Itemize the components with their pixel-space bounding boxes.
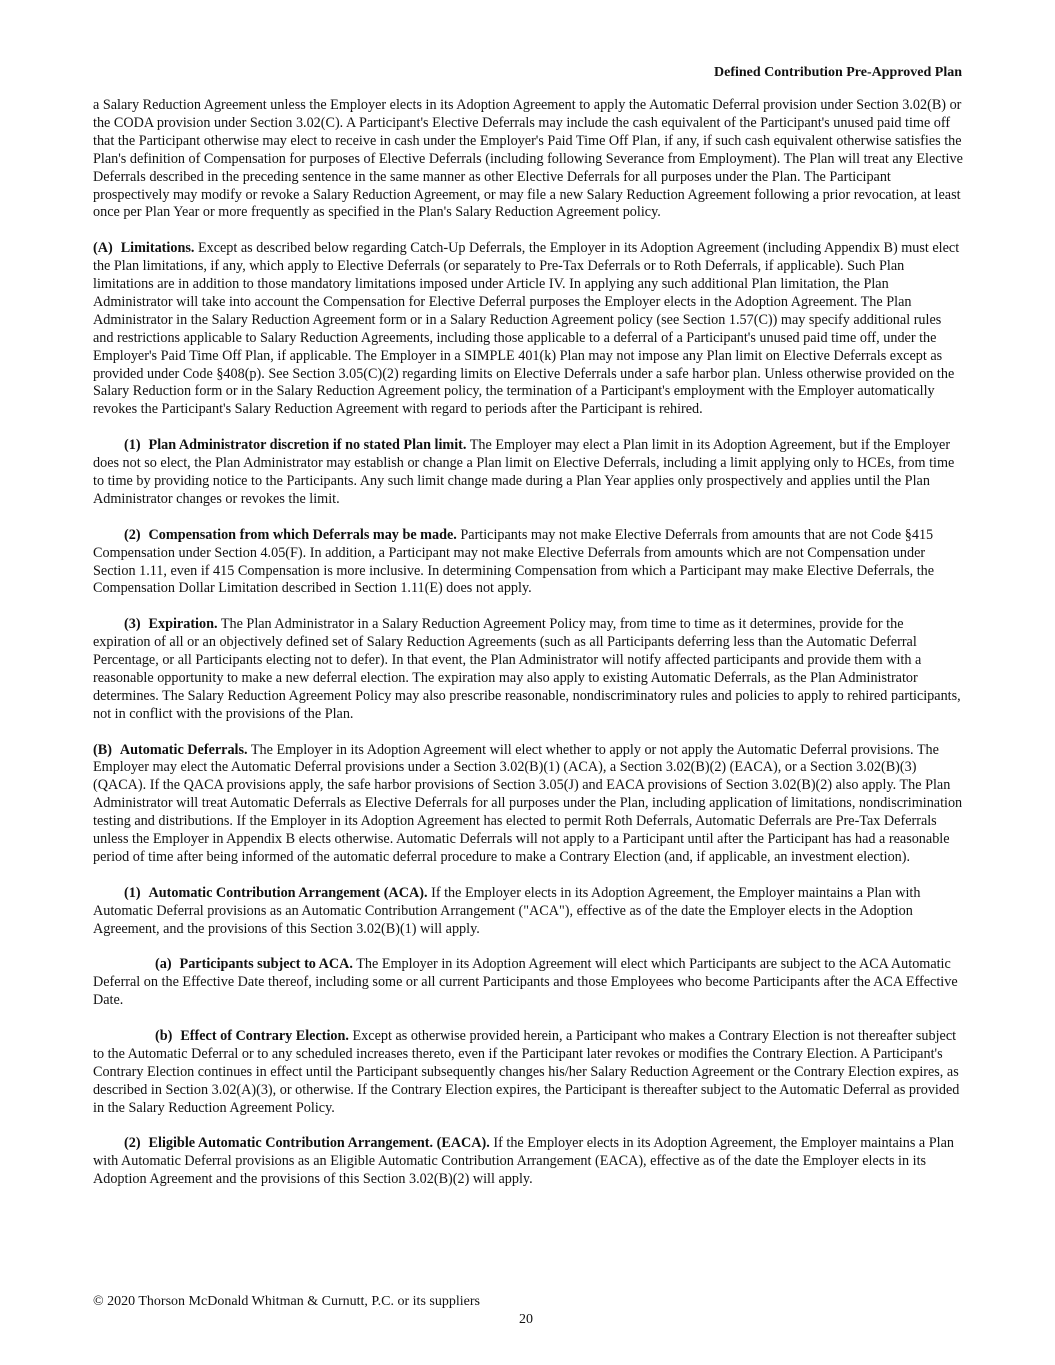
document-body: a Salary Reduction Agreement unless the … (93, 97, 963, 1207)
section-a-limitations: (A)Limitations. Except as described belo… (93, 240, 963, 419)
paragraph-text: a Salary Reduction Agreement unless the … (93, 97, 963, 220)
paragraph-text: Except as described below regarding Catc… (93, 240, 959, 417)
section-b-automatic-deferrals: (B)Automatic Deferrals. The Employer in … (93, 742, 963, 867)
section-label: (A)Limitations. (93, 240, 194, 256)
subsection-a3: (3)Expiration. The Plan Administrator in… (93, 616, 963, 723)
subsection-b1: (1)Automatic Contribution Arrangement (A… (93, 885, 963, 939)
section-heading: Compensation from which Deferrals may be… (149, 527, 457, 543)
paragraph-continuation: a Salary Reduction Agreement unless the … (93, 97, 963, 222)
section-heading: Automatic Contribution Arrangement (ACA)… (149, 885, 428, 901)
section-label: (a)Participants subject to ACA. (155, 956, 353, 972)
section-label: (2)Eligible Automatic Contribution Arran… (124, 1135, 490, 1151)
section-heading: Plan Administrator discretion if no stat… (149, 437, 467, 453)
copyright-footer: © 2020 Thorson McDonald Whitman & Curnut… (93, 1293, 480, 1310)
section-heading: Expiration. (149, 616, 218, 632)
section-label: (3)Expiration. (124, 616, 218, 632)
document-page: Defined Contribution Pre-Approved Plan a… (0, 0, 1055, 1365)
page-number: 20 (519, 1311, 533, 1328)
subsection-a1: (1)Plan Administrator discretion if no s… (93, 437, 963, 509)
section-heading: Automatic Deferrals. (120, 742, 248, 758)
paragraph-text: The Employer in its Adoption Agreement w… (93, 742, 962, 865)
paragraph-text: The Plan Administrator in a Salary Reduc… (93, 616, 961, 722)
section-heading: Effect of Contrary Election. (180, 1028, 349, 1044)
section-label: (1)Automatic Contribution Arrangement (A… (124, 885, 428, 901)
subsection-b1a: (a)Participants subject to ACA. The Empl… (93, 956, 963, 1010)
section-heading: Eligible Automatic Contribution Arrangem… (149, 1135, 490, 1151)
section-label: (B)Automatic Deferrals. (93, 742, 248, 758)
subsection-b2: (2)Eligible Automatic Contribution Arran… (93, 1135, 963, 1189)
subsection-b1b: (b)Effect of Contrary Election. Except a… (93, 1028, 963, 1118)
section-heading: Limitations. (121, 240, 195, 256)
section-label: (1)Plan Administrator discretion if no s… (124, 437, 466, 453)
subsection-a2: (2)Compensation from which Deferrals may… (93, 527, 963, 599)
section-label: (b)Effect of Contrary Election. (155, 1028, 349, 1044)
section-heading: Participants subject to ACA. (180, 956, 353, 972)
section-label: (2)Compensation from which Deferrals may… (124, 527, 457, 543)
running-header: Defined Contribution Pre-Approved Plan (714, 64, 962, 82)
